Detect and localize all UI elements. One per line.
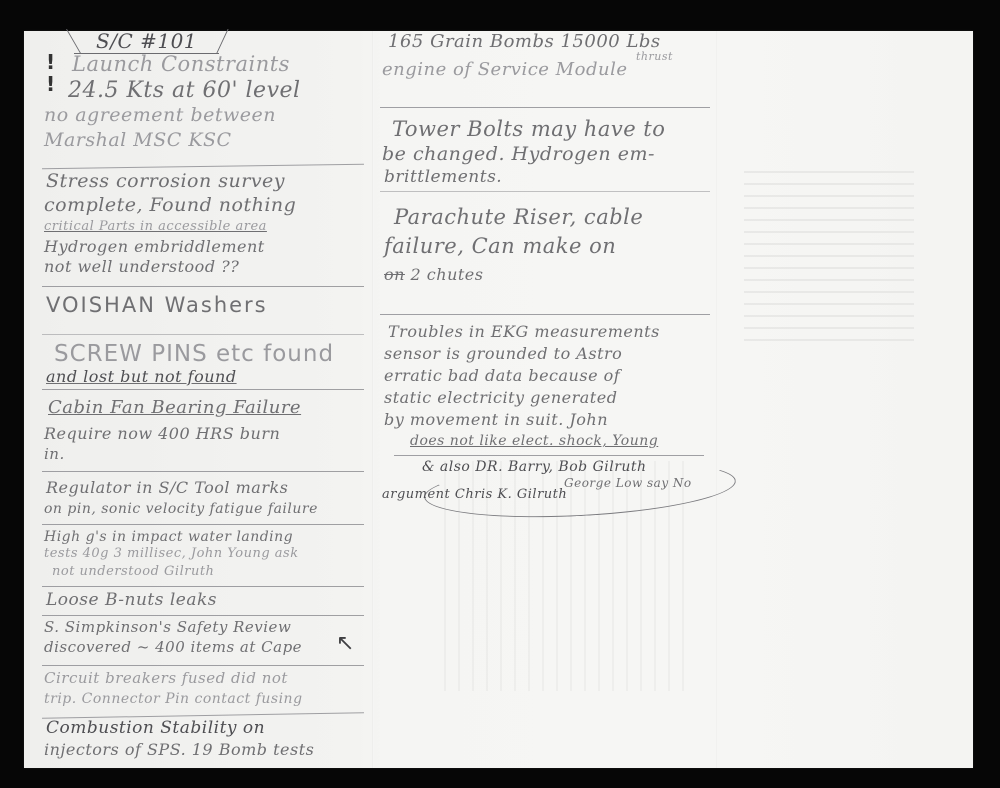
note-screw-line-1: SCREW PINS etc found <box>54 341 334 367</box>
note-ekg-line-4: static electricity generated <box>384 389 617 407</box>
arrow-icon: ↖ <box>336 631 354 656</box>
note-stress-line-4: Hydrogen embriddlement <box>44 238 265 256</box>
struck-word: on <box>384 265 405 284</box>
note-bombs-line-2: engine of Service Module <box>382 60 627 81</box>
note-stress-line-5: not well understood ?? <box>44 258 239 276</box>
note-launch-line-1: Launch Constraints <box>72 52 290 76</box>
note-circuit-line-2: trip. Connector Pin contact fusing <box>44 691 303 707</box>
note-launch-line-3: no agreement between <box>44 105 276 127</box>
divider-6 <box>42 524 364 525</box>
note-highg-line-2: tests 40g 3 millisec, John Young ask <box>44 547 299 562</box>
note-bnuts: Loose B-nuts leaks <box>46 591 217 611</box>
note-ekg-line-1: Troubles in EKG measurements <box>388 323 660 341</box>
note-combustion-line-1: Combustion Stability on <box>46 719 265 739</box>
note-stress-line-1: Stress corrosion survey <box>46 171 285 193</box>
note-safety-line-1: S. Simpkinson's Safety Review <box>44 619 291 636</box>
note-cabin-line-3: in. <box>44 446 65 463</box>
note-cabin-line-2: Require now 400 HRS burn <box>44 425 280 443</box>
note-stress-line-3: critical Parts in accessible area <box>44 220 267 235</box>
photo-background: S/C #101 !! Launch Constraints 24.5 Kts … <box>0 0 1000 788</box>
note-ekg-line-2: sensor is grounded to Astro <box>384 345 622 363</box>
divider-r3 <box>380 314 710 315</box>
note-bombs-line-1: 165 Grain Bombs 15000 Lbs <box>388 32 661 53</box>
fold-line-left <box>372 31 374 768</box>
note-stress-line-2: complete, Found nothing <box>44 195 296 217</box>
divider-r4 <box>394 455 704 456</box>
divider-8 <box>42 615 364 616</box>
divider-9 <box>42 665 364 666</box>
note-tower-line-2: be changed. Hydrogen em- <box>382 144 655 166</box>
fold-line-right <box>716 31 718 768</box>
note-combustion-line-2: injectors of SPS. 19 Bomb tests <box>44 741 314 759</box>
margin-exclamation-marks: !! <box>46 51 55 95</box>
note-parachute-line-2: failure, Can make on <box>384 234 616 258</box>
note-highg-line-3: not understood Gilruth <box>52 565 214 580</box>
divider-r2 <box>380 191 710 192</box>
note-circuit-line-1: Circuit breakers fused did not <box>44 670 288 687</box>
note-ekg-line-8: George Low say No <box>564 477 692 491</box>
divider-7 <box>42 586 364 587</box>
note-highg-line-1: High g's in impact water landing <box>44 529 293 545</box>
note-ekg-line-5: by movement in suit. John <box>384 411 608 429</box>
paper-sheet: S/C #101 !! Launch Constraints 24.5 Kts … <box>24 31 973 768</box>
note-tower-line-1: Tower Bolts may have to <box>392 117 665 141</box>
note-regulator-line-2: on pin, sonic velocity fatigue failure <box>44 501 318 517</box>
divider-1 <box>42 164 364 169</box>
note-ekg-line-7: & also DR. Barry, Bob Gilruth <box>422 459 647 475</box>
note-ekg-line-6: does not like elect. shock, Young <box>410 433 658 449</box>
note-voishan: VOISHAN Washers <box>46 293 268 317</box>
divider-5 <box>42 471 364 472</box>
note-safety-line-2: discovered ~ 400 items at Cape <box>44 639 302 656</box>
note-bombs-thrust: thrust <box>636 51 673 64</box>
divider-3 <box>42 334 364 335</box>
note-launch-line-4: Marshal MSC KSC <box>44 130 232 152</box>
note-screw-line-2: and lost but not found <box>46 368 237 386</box>
divider-r1 <box>380 107 710 108</box>
note-launch-line-2: 24.5 Kts at 60' level <box>68 78 301 103</box>
note-parachute-line-3: on 2 chutes <box>384 266 483 284</box>
bleed-through-print <box>744 161 914 341</box>
note-ekg-line-9: argument Chris K. Gilruth <box>382 488 567 503</box>
note-parachute-line-1: Parachute Riser, cable <box>394 205 643 229</box>
note-cabin-line-1: Cabin Fan Bearing Failure <box>48 398 301 419</box>
page-title: S/C #101 <box>96 30 197 53</box>
note-ekg-line-3: erratic bad data because of <box>384 367 620 385</box>
note-tower-line-3: brittlements. <box>384 168 502 188</box>
note-regulator-line-1: Regulator in S/C Tool marks <box>46 479 288 497</box>
divider-4 <box>42 389 364 390</box>
divider-2 <box>42 286 364 287</box>
